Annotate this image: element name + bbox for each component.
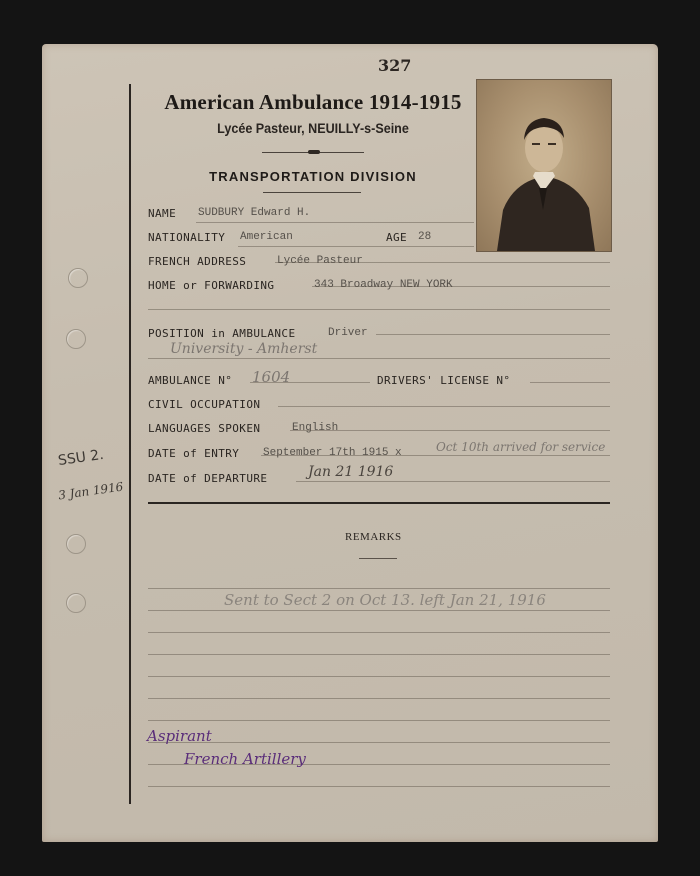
remarks-line: [148, 786, 610, 787]
remarks-line: [148, 588, 610, 589]
ambulance-no-label: AMBULANCE N°: [148, 374, 232, 387]
margin-rule: [129, 84, 131, 804]
field-rule: [148, 309, 610, 310]
remarks-note: Sent to Sect 2 on Oct 13. left Jan 21, 1…: [224, 591, 546, 609]
field-rule: [250, 382, 370, 383]
field-rule: [275, 262, 610, 263]
date-entry-note: Oct 10th arrived for service: [436, 440, 605, 454]
position-label: POSITION in AMBULANCE: [148, 327, 295, 340]
remarks-line: [148, 676, 610, 677]
age-value: 28: [418, 231, 431, 243]
date-entry-value: September 17th 1915 x: [263, 447, 402, 459]
division-heading: TRANSPORTATION DIVISION: [160, 169, 466, 184]
remarks-line: [148, 632, 610, 633]
date-entry-label: DATE of ENTRY: [148, 447, 239, 460]
remarks-line: [148, 698, 610, 699]
punch-hole: [66, 534, 86, 554]
nationality-value: American: [240, 231, 293, 243]
civil-occupation-label: CIVIL OCCUPATION: [148, 398, 260, 411]
field-rule: [278, 406, 610, 407]
punch-hole: [66, 329, 86, 349]
ambulance-no-value: 1604: [252, 368, 290, 386]
position-value: Driver: [328, 327, 368, 339]
division-rule: [263, 192, 361, 193]
punch-hole: [68, 268, 88, 288]
field-rule: [376, 334, 610, 335]
section-divider: [148, 502, 610, 504]
remarks-heading: REMARKS: [345, 531, 402, 543]
remarks-purple-line1: Aspirant: [147, 727, 212, 745]
field-rule: [238, 246, 474, 247]
nationality-label: NATIONALITY: [148, 231, 225, 244]
name-label: NAME: [148, 207, 176, 220]
remarks-rule: [359, 558, 397, 559]
document-title: American Ambulance 1914-1915: [160, 90, 466, 115]
portrait-photo: [476, 79, 612, 252]
languages-label: LANGUAGES SPOKEN: [148, 422, 260, 435]
field-rule: [196, 222, 474, 223]
document-subtitle: Lycée Pasteur, NEUILLY-s-Seine: [171, 121, 456, 136]
portrait-figure-icon: [477, 80, 611, 251]
punch-hole: [66, 593, 86, 613]
page-number: 327: [378, 56, 411, 75]
french-address-value: Lycée Pasteur: [277, 255, 363, 267]
ornament: [308, 150, 320, 154]
field-rule: [261, 455, 610, 456]
age-label: AGE: [386, 231, 407, 244]
field-rule: [530, 382, 610, 383]
remarks-line: [148, 720, 610, 721]
field-rule: [312, 286, 610, 287]
remarks-purple-line2: French Artillery: [184, 750, 306, 768]
home-address-label: HOME or FORWARDING: [148, 279, 274, 292]
field-rule: [290, 430, 610, 431]
languages-value: English: [292, 422, 338, 434]
date-departure-value: Jan 21 1916: [308, 464, 393, 480]
field-rule: [296, 481, 610, 482]
field-rule: [148, 358, 610, 359]
position-note: University - Amherst: [170, 341, 317, 357]
name-value: SUDBURY Edward H.: [198, 207, 310, 219]
home-address-value: 343 Broadway NEW YORK: [314, 279, 453, 291]
drivers-license-label: DRIVERS' LICENSE N°: [377, 374, 510, 387]
remarks-line: [148, 610, 610, 611]
remarks-line: [148, 742, 610, 743]
remarks-line: [148, 654, 610, 655]
french-address-label: FRENCH ADDRESS: [148, 255, 246, 268]
date-departure-label: DATE of DEPARTURE: [148, 472, 267, 485]
